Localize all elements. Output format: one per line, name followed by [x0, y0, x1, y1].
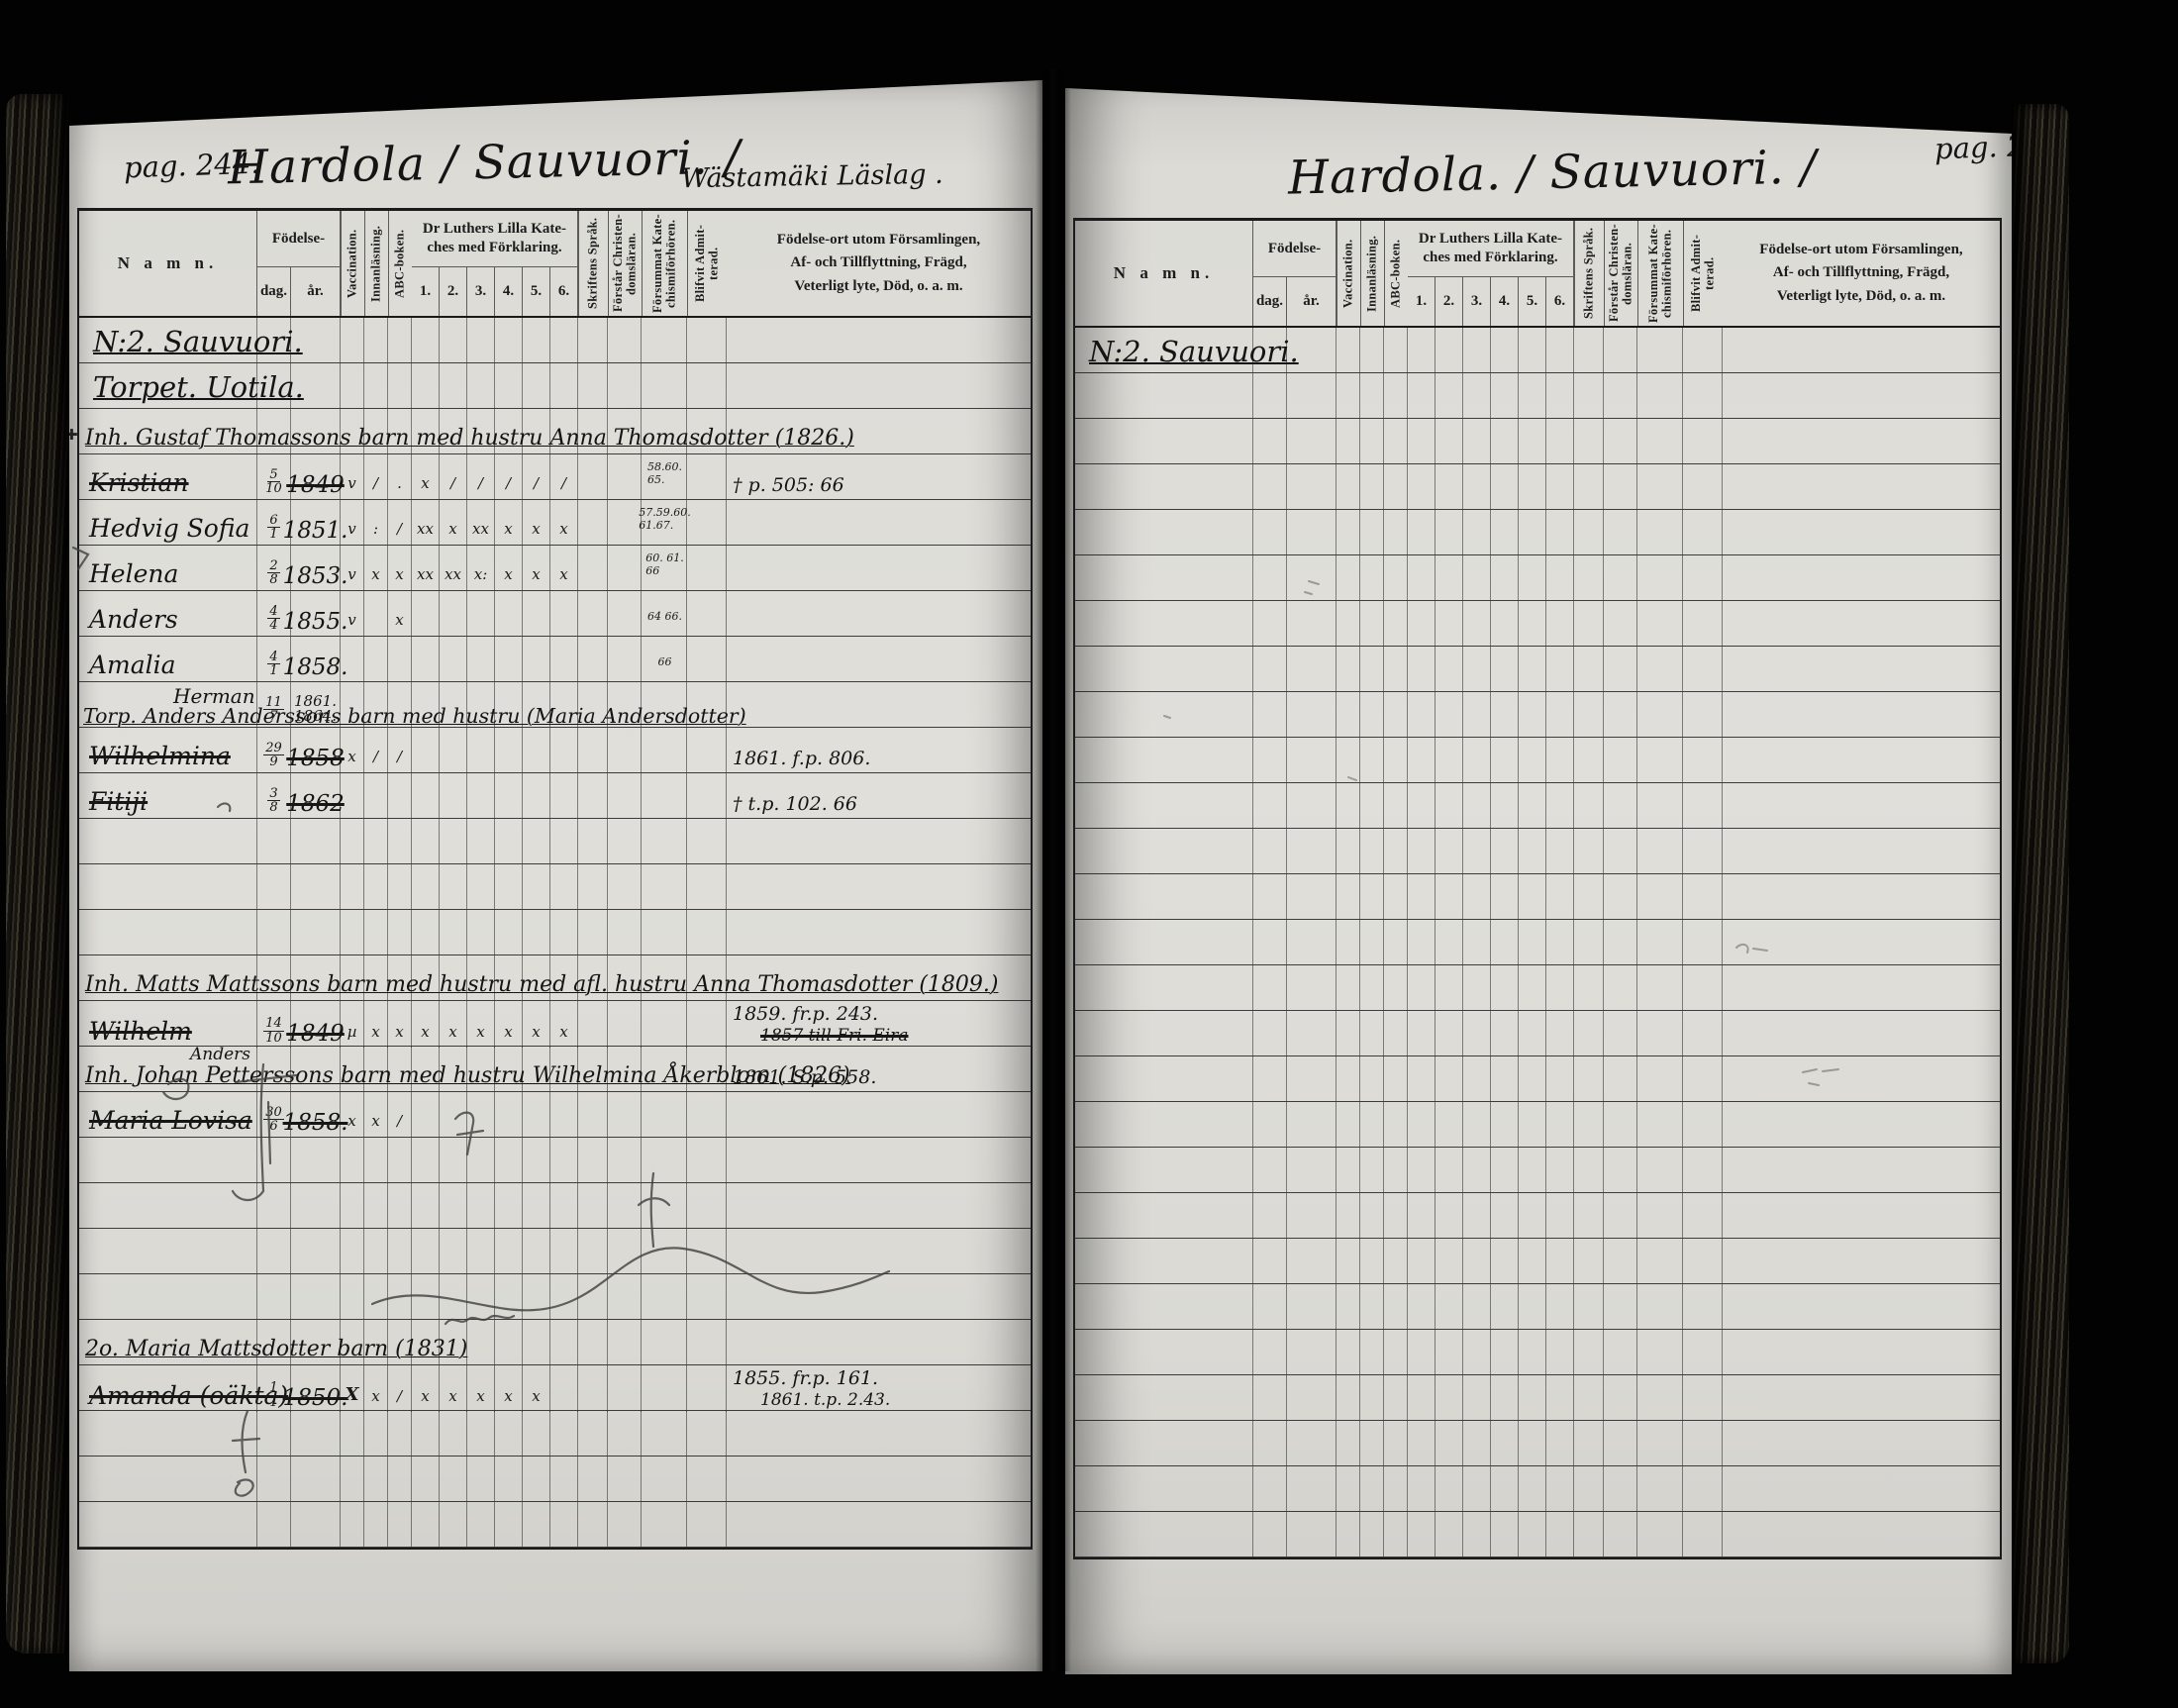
table-cell [642, 910, 687, 954]
table-cell [1683, 738, 1723, 782]
table-cell [257, 1457, 291, 1501]
table-cell [1463, 829, 1491, 873]
table-cell [1463, 738, 1491, 782]
table-cell [687, 1092, 727, 1137]
table-cell [1723, 1193, 2000, 1238]
reading-mark: x [364, 1001, 388, 1048]
table-cell [1384, 874, 1408, 919]
col-header-katekes-1: 1. [1408, 277, 1435, 326]
table-cell [291, 910, 341, 954]
page-subtitle-left: Wästamäki Läslag . [681, 159, 943, 195]
table-cell [1637, 1011, 1683, 1055]
table-cell [1519, 1512, 1546, 1557]
table-cell [412, 591, 440, 636]
table-cell [1435, 1421, 1463, 1465]
table-cell [1637, 555, 1683, 600]
table-cell [1075, 1239, 1253, 1283]
table-cell [1604, 874, 1637, 919]
family-header: Inh. Gustaf Thomassons barn med hustru A… [85, 426, 854, 451]
table-cell [1075, 464, 1253, 509]
table-cell [1336, 1421, 1360, 1465]
table-cell [1384, 829, 1408, 873]
table-cell [1604, 1375, 1637, 1420]
table-row [1075, 874, 2000, 920]
table-cell [642, 318, 687, 362]
col-header-ar: år. [1287, 277, 1336, 326]
table-cell [550, 1274, 578, 1319]
table-cell [1360, 874, 1384, 919]
reading-mark: xx [467, 500, 495, 545]
table-cell [608, 1138, 642, 1182]
table-cell [1408, 1421, 1435, 1465]
table-cell [1546, 965, 1574, 1010]
table-cell [1384, 1466, 1408, 1511]
table-cell [687, 773, 727, 818]
table-cell [1723, 464, 2000, 509]
table-cell [412, 728, 440, 772]
table-cell [1435, 692, 1463, 737]
table-cell [1723, 1239, 2000, 1283]
table-cell [1574, 783, 1604, 828]
reading-mark: / [388, 500, 412, 545]
table-cell [1604, 783, 1637, 828]
reading-mark: x [412, 454, 440, 499]
reading-mark: x [440, 500, 467, 545]
reading-mark: x [550, 1001, 578, 1048]
table-cell: 66 [642, 637, 687, 681]
table-cell [1336, 783, 1360, 828]
table-cell [1408, 1102, 1435, 1147]
table-cell [578, 864, 608, 909]
table-row [1075, 1466, 2000, 1512]
table-cell [1435, 1512, 1463, 1557]
col-header-katekes-6: 6. [550, 267, 578, 316]
table-cell [1287, 1284, 1336, 1329]
table-cell [1384, 1421, 1408, 1465]
birth-day-top: 30 [263, 1106, 284, 1121]
table-header: N a m n.Födelse-dag.år.Vaccination.Innan… [79, 211, 1031, 318]
reading-mark: / [388, 1092, 412, 1137]
reading-mark: x [388, 591, 412, 636]
table-cell [1723, 1148, 2000, 1192]
table-cell [687, 1183, 727, 1228]
table-cell [1519, 1056, 1546, 1101]
table-cell [550, 1183, 578, 1228]
table-cell [1384, 1193, 1408, 1238]
table-cell: 57.59.60.61.67. [642, 500, 687, 545]
table-cell [1336, 1102, 1360, 1147]
reading-mark: v [341, 454, 364, 499]
table-cell [495, 864, 523, 909]
reading-mark: x [412, 1001, 440, 1048]
table-cell [1075, 829, 1253, 873]
birth-day-bottom: 8 [269, 801, 277, 815]
table-cell [1435, 1193, 1463, 1238]
years-line: 66 [658, 655, 672, 668]
table-cell [1408, 965, 1435, 1010]
table-cell [608, 1001, 642, 1048]
reading-mark: µ [341, 1001, 364, 1048]
table-cell [341, 1229, 364, 1273]
reading-mark: / [440, 454, 467, 499]
table-cell [1683, 647, 1723, 691]
table-cell [1435, 555, 1463, 600]
table-cell [1384, 1512, 1408, 1557]
table-cell [550, 591, 578, 636]
table-cell [388, 773, 412, 818]
table-cell [291, 864, 341, 909]
table-cell [1683, 1239, 1723, 1283]
table-cell [1336, 738, 1360, 782]
table-cell [1723, 874, 2000, 919]
reading-mark: x [495, 1365, 523, 1412]
table-cell [1075, 1375, 1253, 1420]
table-cell [608, 910, 642, 954]
table-cell [1360, 920, 1384, 964]
table-cell [388, 1457, 412, 1501]
table-cell [1463, 510, 1491, 554]
table-cell [1637, 419, 1683, 463]
table-cell [388, 819, 412, 863]
reading-mark: x [523, 1001, 550, 1048]
table-cell [1546, 1011, 1574, 1055]
table-cell [467, 819, 495, 863]
table-cell [1519, 1011, 1546, 1055]
birth-year: 1858. [283, 1112, 348, 1137]
table-cell [1463, 1512, 1491, 1557]
birth-year-value: 1849 [286, 1023, 345, 1046]
table-row [79, 1138, 1031, 1183]
table-row [79, 1229, 1031, 1274]
table-cell [364, 1138, 388, 1182]
table-cell [495, 1138, 523, 1182]
table-cell [1384, 373, 1408, 418]
note-line: † p. 505: 66 [733, 474, 844, 497]
table-row [1075, 692, 2000, 738]
table-cell [1574, 1239, 1604, 1283]
table-cell [523, 1274, 550, 1319]
table-cell [1287, 692, 1336, 737]
page-title-right: Hardola. / Sauvuori. / [1287, 140, 1817, 205]
table-cell [523, 1229, 550, 1273]
table-cell [364, 910, 388, 954]
col-header-blifvit-admitterad: Blifvit Admit- terad. [1683, 221, 1723, 326]
birth-day-top: 6 [267, 514, 279, 529]
table-cell [523, 1502, 550, 1547]
entry-name: Kristian [79, 470, 189, 499]
table-cell [364, 864, 388, 909]
reading-mark: x [364, 546, 388, 590]
table-cell [1546, 601, 1574, 646]
family-header: Inh. Johan Petterssons barn med hustru W… [85, 1063, 850, 1088]
birth-day: 28 [267, 559, 279, 590]
table-cell [341, 1411, 364, 1456]
table-cell [1519, 1239, 1546, 1283]
table-cell [1683, 783, 1723, 828]
table-cell [341, 318, 364, 362]
table-cell [1287, 1512, 1336, 1557]
table-cell [1384, 1239, 1408, 1283]
entry-name: Herman [173, 686, 255, 706]
table-cell [642, 363, 687, 408]
reading-mark: x [412, 1365, 440, 1412]
col-header-dag: dag. [1253, 277, 1287, 326]
table-cell [1723, 1011, 2000, 1055]
table-cell [1408, 1512, 1435, 1557]
table-cell [1683, 1102, 1723, 1147]
table-cell [1336, 555, 1360, 600]
table-cell [1574, 464, 1604, 509]
reading-mark: / [495, 454, 523, 499]
reading-mark: / [550, 454, 578, 499]
table-row: 1861. S.p. 558.Inh. Johan Petterssons ba… [79, 1047, 1031, 1092]
entry-name: Fitiji [79, 789, 148, 818]
birth-day-bottom: 10 [265, 482, 282, 496]
table-cell [1574, 1466, 1604, 1511]
table-cell [1604, 1011, 1637, 1055]
table-cell [1253, 555, 1287, 600]
table-cell [1336, 1375, 1360, 1420]
table-cell [1519, 874, 1546, 919]
table-cell [1604, 1239, 1637, 1283]
table-cell [1287, 829, 1336, 873]
table-cell [1491, 601, 1519, 646]
col-header-forsummat-forhoren: Försummat Kate- chismiförhören. [642, 211, 687, 316]
reading-mark: x [341, 728, 364, 772]
table-cell [1683, 1284, 1723, 1329]
table-cell: Anders [79, 591, 257, 636]
table-cell [1463, 1102, 1491, 1147]
birth-year-value: 1858. [283, 1112, 348, 1135]
table-cell [440, 1138, 467, 1182]
table-cell [1463, 555, 1491, 600]
table-cell [608, 318, 642, 362]
table-cell [1546, 1102, 1574, 1147]
table-cell [1360, 1330, 1384, 1374]
table-cell [467, 318, 495, 362]
table-cell [341, 1138, 364, 1182]
table-cell [1408, 555, 1435, 600]
table-cell [1519, 692, 1546, 737]
table-cell [1253, 1512, 1287, 1557]
table-cell [608, 1183, 642, 1228]
table-row [1075, 1011, 2000, 1056]
birth-year: 1849 [286, 1023, 345, 1048]
table-cell [1546, 874, 1574, 919]
table-row: N:2. Sauvuori. [79, 318, 1031, 363]
table-cell [1546, 419, 1574, 463]
table-cell [1683, 464, 1723, 509]
table-row: Wilhelm14101849µxxxxxxxx1859. fr.p. 243.… [79, 1001, 1031, 1047]
entry-name: Amanda (oäkta) [79, 1383, 288, 1412]
table-cell [1604, 1148, 1637, 1192]
table-cell [1574, 738, 1604, 782]
reading-mark: v [341, 546, 364, 590]
entry-name: Maria Lovisa [79, 1108, 252, 1137]
section-header: Torpet. Uotila. [93, 370, 304, 404]
col-header-notes: Födelse-ort utom Församlingen, Af- och T… [1723, 221, 2000, 326]
table-cell [412, 1183, 440, 1228]
table-cell [1336, 1284, 1360, 1329]
table-cell [1723, 920, 2000, 964]
table-cell [1384, 1056, 1408, 1101]
table-cell [1360, 328, 1384, 372]
table-cell [727, 546, 1031, 590]
table-row [79, 1457, 1031, 1502]
table-cell [1287, 1330, 1336, 1374]
table-cell [727, 864, 1031, 909]
table-cell [550, 318, 578, 362]
table-cell [1683, 601, 1723, 646]
table-cell [1408, 1239, 1435, 1283]
table-cell [1075, 1512, 1253, 1557]
table-cell [1287, 1148, 1336, 1192]
table-row [1075, 829, 2000, 874]
table-cell [550, 1457, 578, 1501]
table-cell [687, 1001, 727, 1048]
table-cell [578, 1365, 608, 1412]
reading-mark: x [523, 1365, 550, 1412]
table-cell [1491, 874, 1519, 919]
table-cell [642, 728, 687, 772]
table-row [1075, 510, 2000, 555]
table-cell [1253, 1148, 1287, 1192]
table-cell [1546, 1284, 1574, 1329]
table-cell [467, 1457, 495, 1501]
table-cell [1336, 874, 1360, 919]
table-cell [1463, 1284, 1491, 1329]
table-cell [1574, 419, 1604, 463]
table-cell [687, 1411, 727, 1456]
table-cell [1336, 965, 1360, 1010]
table-cell [1683, 1148, 1723, 1192]
table-cell [1604, 1512, 1637, 1557]
table-cell [1075, 1193, 1253, 1238]
page-title-left: Hardola / Sauvuori. / [227, 131, 741, 196]
table-cell [1360, 464, 1384, 509]
table-cell [440, 1092, 467, 1137]
table-cell [1491, 738, 1519, 782]
table-cell [1574, 1284, 1604, 1329]
table-cell [1336, 328, 1360, 372]
table-cell [440, 1457, 467, 1501]
table-cell [1491, 464, 1519, 509]
table-cell [1408, 920, 1435, 964]
birth-day: 38 [267, 787, 279, 818]
reading-mark: x: [467, 546, 495, 590]
table-cell [523, 910, 550, 954]
note-line: 1861. f.p. 806. [733, 748, 870, 770]
col-header-skriftens-sprak: Skriftens Språk. [1574, 221, 1604, 326]
reading-mark: x [495, 546, 523, 590]
table-cell [1360, 829, 1384, 873]
table-cell [1604, 965, 1637, 1010]
table-cell [467, 1320, 495, 1364]
table-cell [1435, 965, 1463, 1010]
table-cell [440, 1411, 467, 1456]
table-cell [495, 1229, 523, 1273]
table-cell [1435, 1466, 1463, 1511]
table-cell: † p. 505: 66 [727, 454, 1031, 499]
table-cell [440, 1502, 467, 1547]
table-cell [412, 819, 440, 863]
table-cell [495, 1183, 523, 1228]
table-cell [727, 1138, 1031, 1182]
table-cell [1637, 601, 1683, 646]
reading-mark: xx [440, 546, 467, 590]
missed-exam-years: 60. 61.66 [643, 552, 683, 590]
table-cell [1384, 601, 1408, 646]
table-cell [1604, 510, 1637, 554]
table-cell [1463, 783, 1491, 828]
reading-mark: / [388, 1365, 412, 1412]
table-cell [1463, 1466, 1491, 1511]
table-cell [578, 591, 608, 636]
table-cell [1574, 874, 1604, 919]
table-cell [1075, 1056, 1253, 1101]
table-cell [1075, 1421, 1253, 1465]
table-cell [1408, 738, 1435, 782]
note-line: 1861. t.p. 2.43. [760, 1390, 890, 1410]
table-cell [578, 819, 608, 863]
table-cell [388, 1229, 412, 1273]
table-cell [495, 591, 523, 636]
reading-mark: x [341, 1092, 364, 1137]
table-cell [1384, 328, 1408, 372]
table-cell [727, 637, 1031, 681]
table-cell [412, 318, 440, 362]
register-table-left: N a m n.Födelse-dag.år.Vaccination.Innan… [77, 208, 1033, 1550]
table-cell [1336, 1056, 1360, 1101]
page-edge-stack-left [6, 94, 69, 1654]
table-cell [1287, 783, 1336, 828]
table-cell [388, 1183, 412, 1228]
table-cell [1683, 419, 1723, 463]
col-header-innanlasning: Innanläsning. [1360, 221, 1384, 326]
table-cell [1604, 1056, 1637, 1101]
table-row: Kristian5101849v/.x/////58.60.65.† p. 50… [79, 454, 1031, 500]
page-edge-stack-right [2012, 104, 2069, 1663]
table-cell [1384, 783, 1408, 828]
table-row [1075, 647, 2000, 692]
table-cell [1637, 1421, 1683, 1465]
table-cell [467, 864, 495, 909]
table-cell [1604, 555, 1637, 600]
table-cell [608, 1457, 642, 1501]
table-cell [1463, 920, 1491, 964]
table-cell [1253, 1375, 1287, 1420]
table-cell [412, 864, 440, 909]
table-cell [550, 1320, 578, 1364]
missed-exam-years: 66 [656, 655, 672, 681]
table-cell [1723, 1056, 2000, 1101]
table-cell [1253, 965, 1287, 1010]
table-cell [578, 546, 608, 590]
table-cell [523, 1320, 550, 1364]
table-cell [523, 591, 550, 636]
table-cell [1574, 1102, 1604, 1147]
table-cell [1435, 419, 1463, 463]
table-cell [1491, 1011, 1519, 1055]
table-cell [341, 1457, 364, 1501]
table-cell [1253, 419, 1287, 463]
table-cell [687, 318, 727, 362]
birth-day-top: 5 [267, 468, 279, 483]
table-cell [1546, 373, 1574, 418]
table-cell [1287, 601, 1336, 646]
table-cell [1574, 1056, 1604, 1101]
table-cell [1075, 373, 1253, 418]
